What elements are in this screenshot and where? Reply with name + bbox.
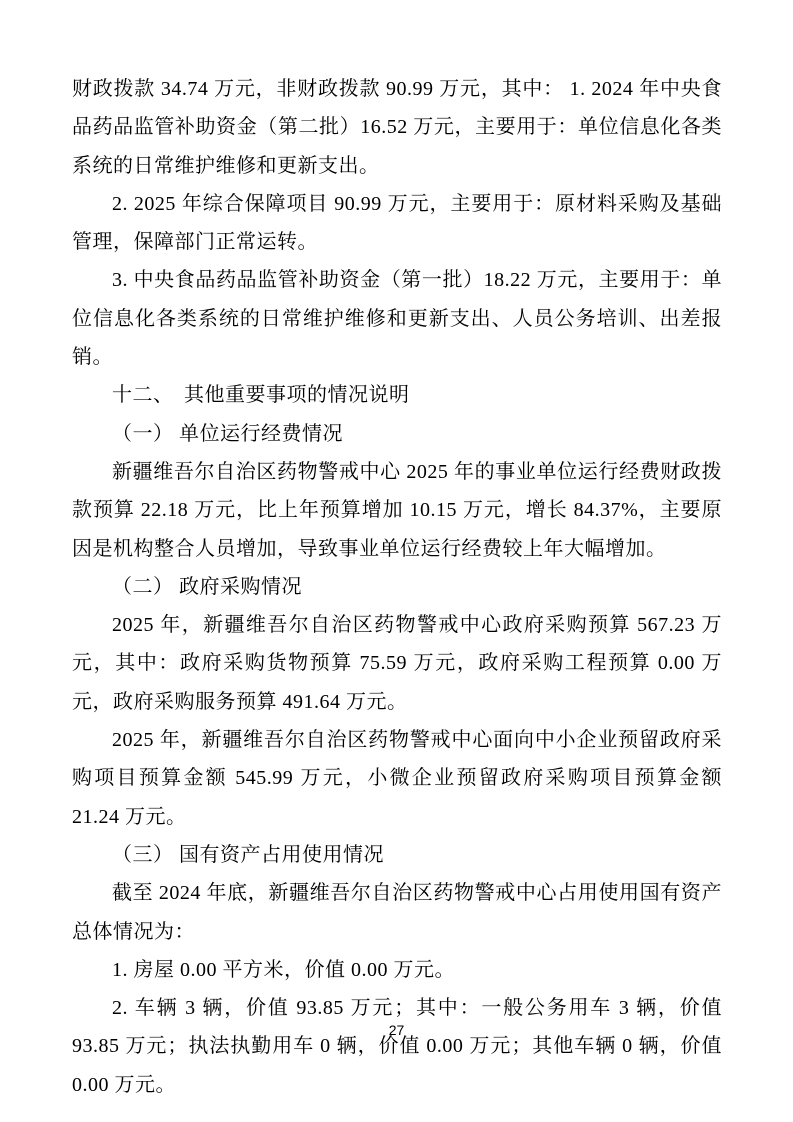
paragraph: 1. 房屋 0.00 平方米，价值 0.00 万元。 (72, 951, 722, 989)
paragraph: 3. 中央食品药品监管补助资金（第一批）18.22 万元，主要用于：单位信息化各… (72, 261, 722, 376)
page-number: 27 (0, 1022, 793, 1038)
paragraph: 财政拨款 34.74 万元，非财政拨款 90.99 万元，其中： 1. 2024… (72, 70, 722, 185)
document-page: 财政拨款 34.74 万元，非财政拨款 90.99 万元，其中： 1. 2024… (0, 0, 793, 1122)
paragraph: 2. 车辆 3 辆，价值 93.85 万元；其中：一般公务用车 3 辆，价值 9… (72, 989, 722, 1104)
document-body: 财政拨款 34.74 万元，非财政拨款 90.99 万元，其中： 1. 2024… (72, 70, 722, 1104)
paragraph: （一） 单位运行经费情况 (72, 415, 722, 453)
paragraph: 十二、 其他重要事项的情况说明 (72, 376, 722, 414)
paragraph: 2025 年，新疆维吾尔自治区药物警戒中心面向中小企业预留政府采购项目预算金额 … (72, 721, 722, 836)
paragraph: 新疆维吾尔自治区药物警戒中心 2025 年的事业单位运行经费财政拨款预算 22.… (72, 453, 722, 568)
paragraph: （三） 国有资产占用使用情况 (72, 836, 722, 874)
paragraph: 截至 2024 年底，新疆维吾尔自治区药物警戒中心占用使用国有资产总体情况为： (72, 874, 722, 951)
paragraph: 2. 2025 年综合保障项目 90.99 万元，主要用于：原材料采购及基础管理… (72, 185, 722, 262)
paragraph: 2025 年，新疆维吾尔自治区药物警戒中心政府采购预算 567.23 万元，其中… (72, 606, 722, 721)
paragraph: （二） 政府采购情况 (72, 568, 722, 606)
